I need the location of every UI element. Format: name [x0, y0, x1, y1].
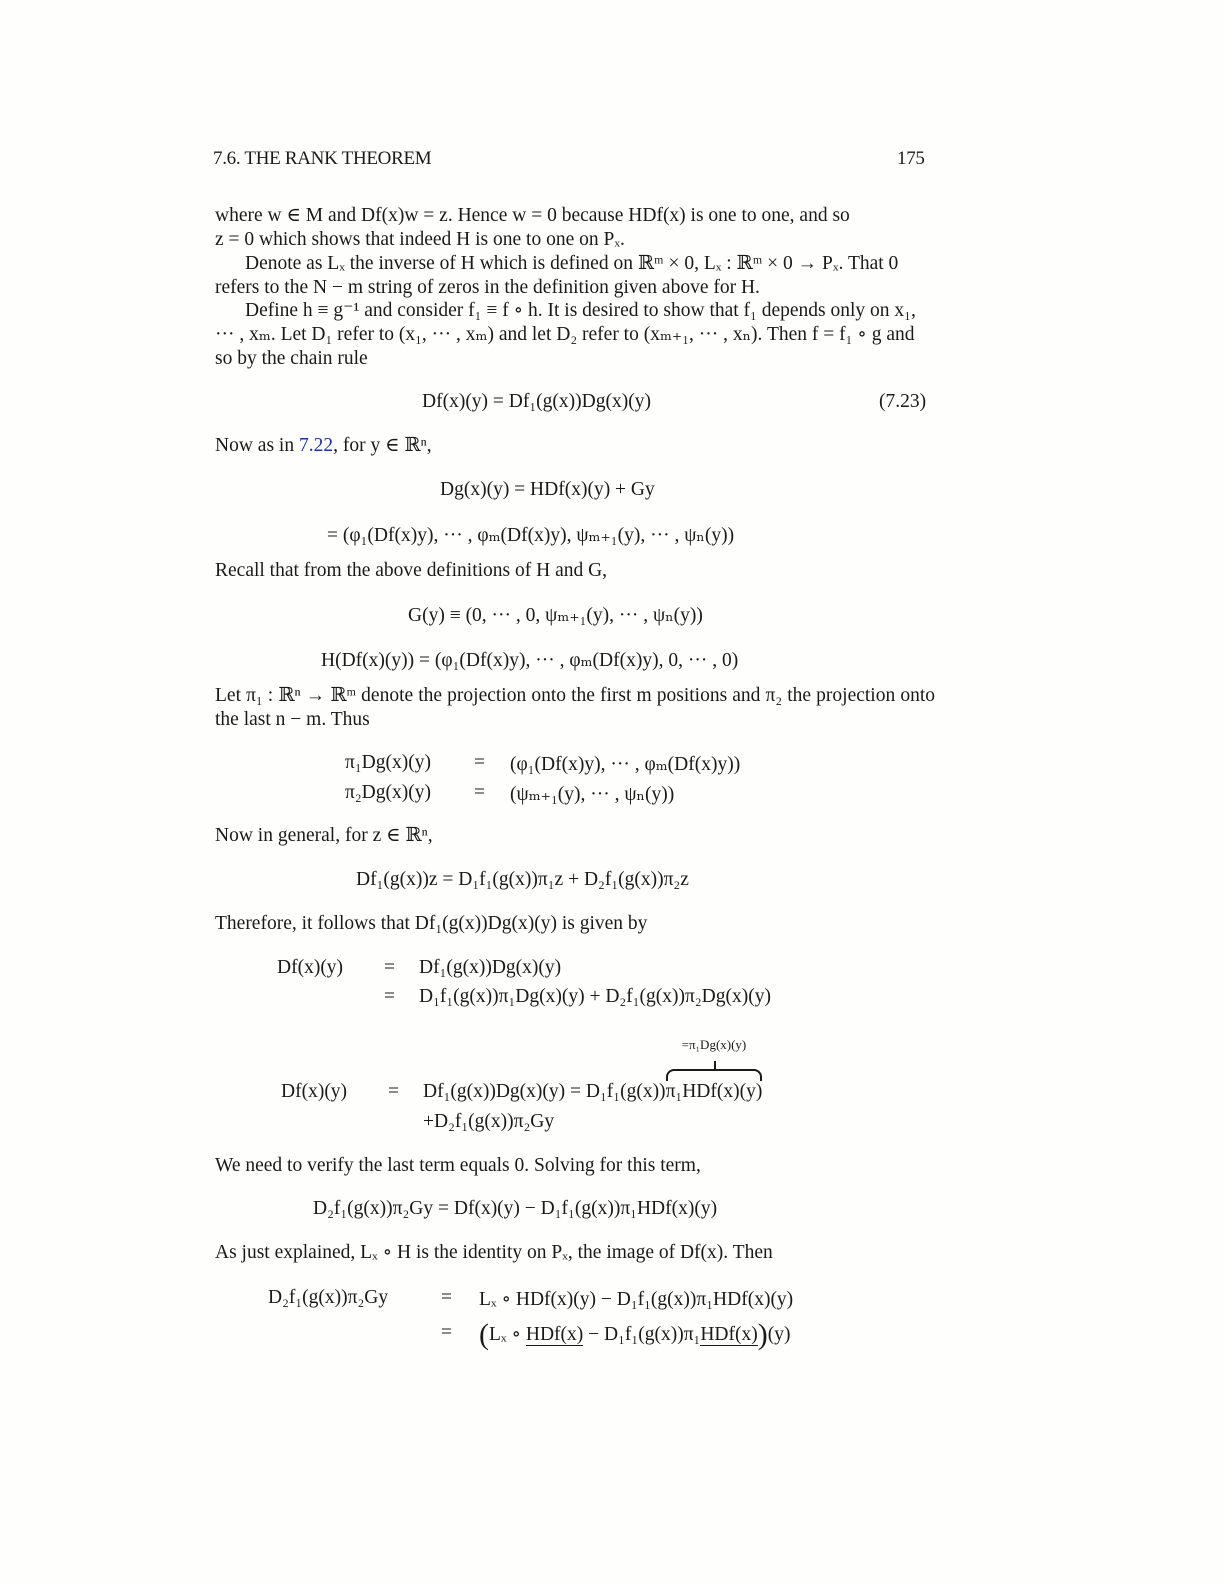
document-page: 7.6. THE RANK THEOREM 175 where w ∈ M an… [0, 0, 1224, 1584]
equation-brace-rhs-2: +D₂f₁(g(x))π₂Gy [423, 1111, 554, 1133]
big-paren-open: ( [479, 1318, 489, 1351]
paragraph-10: As just explained, Lₓ ∘ H is the identit… [215, 1241, 773, 1265]
paragraph-1-line-2: z = 0 which shows that indeed H is one t… [215, 228, 625, 252]
equation-pi1-lhs: π₁Dg(x)(y) [345, 752, 431, 774]
paragraph-4: Now as in 7.22, for y ∈ ℝⁿ, [215, 434, 432, 458]
equation-brace-rhs-1: Df₁(g(x))Dg(x)(y) = D₁f₁(g(x))=π₁Dg(x)(y… [423, 1081, 762, 1103]
equation-final-equals-1: = [441, 1287, 452, 1309]
overbrace-content: π₁HDf(x)(y) [666, 1081, 763, 1102]
equation-chain-equals-2: = [384, 986, 395, 1008]
paragraph-4-suffix: , for y ∈ ℝⁿ, [333, 435, 432, 456]
equation-final-rhs-1: Lₓ ∘ HDf(x)(y) − D₁f₁(g(x))π₁HDf(x)(y) [479, 1287, 793, 1311]
equation-H-definition: H(Df(x)(y)) = (φ₁(Df(x)y), ··· , φₘ(Df(x… [321, 648, 738, 672]
equation-G-definition: G(y) ≡ (0, ··· , 0, ψₘ₊₁(y), ··· , ψₙ(y)… [408, 603, 703, 627]
running-header-section: 7.6. THE RANK THEOREM [213, 148, 431, 170]
paragraph-6: Let π₁ : ℝⁿ → ℝᵐ denote the projection o… [215, 684, 935, 732]
equation-chain-rhs-1: Df₁(g(x))Dg(x)(y) [419, 957, 561, 979]
paragraph-3: Define h ≡ g⁻¹ and consider f₁ ≡ f ∘ h. … [215, 299, 935, 371]
overbrace-group: =π₁Dg(x)(y)π₁HDf(x)(y) [666, 1081, 763, 1103]
final-rhs2-tail: (y) [768, 1324, 791, 1345]
equation-reference-link[interactable]: 7.22 [299, 435, 333, 456]
equation-pi2-equals: = [474, 782, 485, 804]
underlined-term-2: HDf(x) [700, 1324, 757, 1346]
equation-pi1-rhs: (φ₁(Df(x)y), ··· , φₘ(Df(x)y)) [510, 752, 740, 776]
equation-dg-line-2: = (φ₁(Df(x)y), ··· , φₘ(Df(x)y), ψₘ₊₁(y)… [327, 523, 734, 547]
overbrace-tip [714, 1061, 716, 1069]
final-rhs2-part-a: Lₓ ∘ [489, 1324, 526, 1345]
equation-pi2-lhs: π₂Dg(x)(y) [345, 782, 431, 804]
overbrace-label: =π₁Dg(x)(y) [666, 1037, 763, 1053]
equation-number-7-23: (7.23) [879, 391, 926, 413]
equation-chain-rhs-2: D₁f₁(g(x))π₁Dg(x)(y) + D₂f₁(g(x))π₂Dg(x)… [419, 986, 771, 1008]
overbrace [666, 1069, 763, 1081]
equation-chain-lhs: Df(x)(y) [277, 957, 343, 979]
equation-brace-rhs-prefix: Df₁(g(x))Dg(x)(y) = D₁f₁(g(x)) [423, 1081, 666, 1102]
equation-chain-equals-1: = [384, 957, 395, 979]
equation-pi1-equals: = [474, 752, 485, 774]
equation-final-equals-2: = [441, 1322, 452, 1344]
equation-dg-line-1: Dg(x)(y) = HDf(x)(y) + Gy [440, 479, 655, 501]
paragraph-9: We need to verify the last term equals 0… [215, 1154, 701, 1178]
paragraph-8: Therefore, it follows that Df₁(g(x))Dg(x… [215, 912, 647, 936]
paragraph-1-line-1: where w ∈ M and Df(x)w = z. Hence w = 0 … [215, 204, 850, 228]
equation-7-23: Df(x)(y) = Df₁(g(x))Dg(x)(y) [422, 391, 651, 413]
paragraph-2: Denote as Lₓ the inverse of H which is d… [215, 252, 935, 300]
equation-pi2-rhs: (ψₘ₊₁(y), ··· , ψₙ(y)) [510, 782, 674, 806]
page-number: 175 [897, 148, 925, 170]
equation-brace-equals: = [388, 1081, 399, 1103]
equation-general: Df₁(g(x))z = D₁f₁(g(x))π₁z + D₂f₁(g(x))π… [356, 869, 689, 891]
paragraph-5: Recall that from the above definitions o… [215, 559, 607, 583]
equation-brace-lhs: Df(x)(y) [281, 1081, 347, 1103]
big-paren-close: ) [758, 1318, 768, 1351]
equation-final-lhs: D₂f₁(g(x))π₂Gy [268, 1287, 388, 1309]
final-rhs2-part-b: − D₁f₁(g(x))π₁ [583, 1324, 700, 1345]
underlined-term-1: HDf(x) [526, 1324, 583, 1346]
paragraph-7: Now in general, for z ∈ ℝⁿ, [215, 824, 433, 848]
paragraph-4-prefix: Now as in [215, 435, 299, 456]
equation-solve: D₂f₁(g(x))π₂Gy = Df(x)(y) − D₁f₁(g(x))π₁… [313, 1198, 717, 1220]
equation-final-rhs-2: (Lₓ ∘ HDf(x) − D₁f₁(g(x))π₁HDf(x))(y) [479, 1318, 791, 1352]
